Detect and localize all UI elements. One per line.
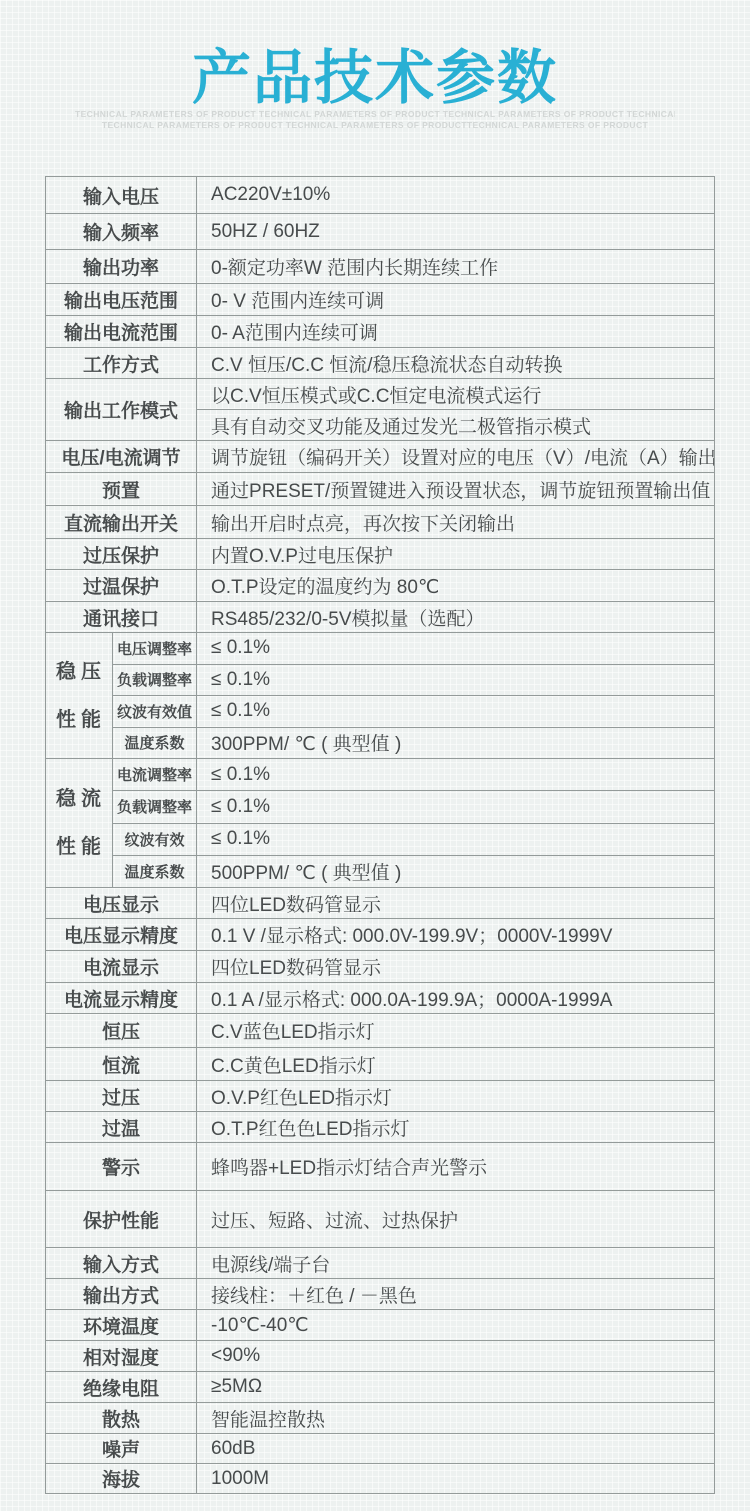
table-row: 恒流C.C黄色LED指示灯 (46, 1048, 715, 1081)
sub-row-label: 负载调整率 (113, 791, 197, 823)
table-row: 相对湿度<90% (46, 1341, 715, 1372)
table-row: 电压显示精度0.1 V /显示格式: 000.0V-199.9V；0000V-1… (46, 919, 715, 951)
table-row: 过温保护O.T.P设定的温度约为 80℃ (46, 570, 715, 602)
row-label: 相对湿度 (46, 1341, 197, 1372)
sub-row-value: ≤ 0.1% (197, 791, 715, 823)
row-label: 输出电压范围 (46, 284, 197, 316)
row-label: 电压显示 (46, 888, 197, 919)
row-label: 恒压 (46, 1014, 197, 1048)
row-value: AC220V±10% (197, 177, 715, 214)
table-row: 温度系数300PPM/ ℃ ( 典型值 ) (46, 727, 715, 759)
row-value: C.V蓝色LED指示灯 (197, 1014, 715, 1048)
table-row: 散热智能温控散热 (46, 1403, 715, 1434)
row-label: 恒流 (46, 1048, 197, 1081)
table-row: 输出电流范围0- A范围内连续可调 (46, 316, 715, 348)
spec-table-body: 输入电压AC220V±10%输入频率50HZ / 60HZ输出功率0-额定功率W… (46, 177, 715, 1494)
table-row: 输入方式电源线/端子台 (46, 1248, 715, 1279)
spec-table: 输入电压AC220V±10%输入频率50HZ / 60HZ输出功率0-额定功率W… (45, 176, 715, 1494)
table-row: 环境温度-10℃-40℃ (46, 1310, 715, 1341)
row-value: ≥5MΩ (197, 1372, 715, 1403)
table-row: 过压保护内置O.V.P过电压保护 (46, 539, 715, 570)
group-label: 稳流 性能 (46, 759, 113, 888)
table-row: 恒压C.V蓝色LED指示灯 (46, 1014, 715, 1048)
table-row: 通讯接口RS485/232/0-5V模拟量（选配） (46, 602, 715, 633)
row-label: 输出方式 (46, 1279, 197, 1310)
row-label: 海拔 (46, 1464, 197, 1494)
row-value: O.T.P设定的温度约为 80℃ (197, 570, 715, 602)
row-value: O.V.P红色LED指示灯 (197, 1081, 715, 1112)
sub-row-value: ≤ 0.1% (197, 664, 715, 696)
row-value: 0- V 范围内连续可调 (197, 284, 715, 316)
sub-row-value: 300PPM/ ℃ ( 典型值 ) (197, 727, 715, 759)
row-label: 保护性能 (46, 1191, 197, 1248)
row-value: 通过PRESET/预置键进入预设置状态，调节旋钮预置输出值 (197, 473, 715, 506)
table-row: 警示蜂鸣器+LED指示灯结合声光警示 (46, 1143, 715, 1191)
row-value: 蜂鸣器+LED指示灯结合声光警示 (197, 1143, 715, 1191)
table-row: 绝缘电阻≥5MΩ (46, 1372, 715, 1403)
row-value: 四位LED数码管显示 (197, 888, 715, 919)
table-row: 电压/电流调节调节旋钮（编码开关）设置对应的电压（V）/电流（A）输出值 (46, 441, 715, 473)
row-label: 过压保护 (46, 539, 197, 570)
group-label: 稳压 性能 (46, 633, 113, 759)
row-value: 过压、短路、过流、过热保护 (197, 1191, 715, 1248)
row-value: C.V 恒压/C.C 恒流/稳压稳流状态自动转换 (197, 348, 715, 379)
sub-row-value: ≤ 0.1% (197, 823, 715, 855)
row-value: 0.1 A /显示格式: 000.0A-199.9A；0000A-1999A (197, 983, 715, 1014)
page: { "page": { "title": "产品技术参数", "subtitle… (0, 0, 750, 1511)
row-label: 直流输出开关 (46, 506, 197, 539)
row-value: 具有自动交叉功能及通过发光二极管指示模式 (197, 410, 715, 441)
row-label: 电压/电流调节 (46, 441, 197, 473)
row-value: C.C黄色LED指示灯 (197, 1048, 715, 1081)
row-value: 60dB (197, 1434, 715, 1464)
row-value: 四位LED数码管显示 (197, 951, 715, 983)
row-label: 输入方式 (46, 1248, 197, 1279)
row-label: 通讯接口 (46, 602, 197, 633)
sub-row-label: 电流调整率 (113, 759, 197, 791)
sub-row-label: 温度系数 (113, 727, 197, 759)
table-row: 输入频率50HZ / 60HZ (46, 214, 715, 250)
row-value: 内置O.V.P过电压保护 (197, 539, 715, 570)
row-value: 0- A范围内连续可调 (197, 316, 715, 348)
table-row: 海拔1000M (46, 1464, 715, 1494)
table-row: 预置通过PRESET/预置键进入预设置状态，调节旋钮预置输出值 (46, 473, 715, 506)
page-title: 产品技术参数 (0, 30, 750, 115)
sub-row-label: 负载调整率 (113, 664, 197, 696)
row-value: 接线柱：＋红色 / －黑色 (197, 1279, 715, 1310)
row-label: 输出功率 (46, 250, 197, 284)
page-subtitle: TECHNICAL PARAMETERS OF PRODUCT TECHNICA… (75, 109, 675, 131)
row-label: 电流显示精度 (46, 983, 197, 1014)
sub-row-value: ≤ 0.1% (197, 633, 715, 665)
row-label: 输出工作模式 (46, 379, 197, 441)
row-label: 输入电压 (46, 177, 197, 214)
row-value: 调节旋钮（编码开关）设置对应的电压（V）/电流（A）输出值 (197, 441, 715, 473)
sub-row-value: ≤ 0.1% (197, 696, 715, 728)
table-row: 工作方式C.V 恒压/C.C 恒流/稳压稳流状态自动转换 (46, 348, 715, 379)
row-label: 电流显示 (46, 951, 197, 983)
row-value: 以C.V恒压模式或C.C恒定电流模式运行 (197, 379, 715, 410)
row-label: 过温 (46, 1112, 197, 1143)
row-value: 50HZ / 60HZ (197, 214, 715, 250)
table-row: 保护性能过压、短路、过流、过热保护 (46, 1191, 715, 1248)
row-value: 1000M (197, 1464, 715, 1494)
subtitle-line-2: TECHNICAL PARAMETERS OF PRODUCT TECHNICA… (75, 120, 675, 131)
row-label: 散热 (46, 1403, 197, 1434)
sub-row-value: 500PPM/ ℃ ( 典型值 ) (197, 855, 715, 887)
row-value: O.T.P红色色LED指示灯 (197, 1112, 715, 1143)
table-row: 直流输出开关输出开启时点亮，再次按下关闭输出 (46, 506, 715, 539)
row-label: 输入频率 (46, 214, 197, 250)
table-row: 稳压 性能电压调整率≤ 0.1% (46, 633, 715, 665)
sub-row-label: 电压调整率 (113, 633, 197, 665)
table-row: 输出方式接线柱：＋红色 / －黑色 (46, 1279, 715, 1310)
row-label: 输出电流范围 (46, 316, 197, 348)
row-label: 环境温度 (46, 1310, 197, 1341)
table-row: 负载调整率≤ 0.1% (46, 664, 715, 696)
table-row: 过压O.V.P红色LED指示灯 (46, 1081, 715, 1112)
row-value: 0.1 V /显示格式: 000.0V-199.9V；0000V-1999V (197, 919, 715, 951)
table-row: 纹波有效≤ 0.1% (46, 823, 715, 855)
table-row: 输入电压AC220V±10% (46, 177, 715, 214)
row-label: 过压 (46, 1081, 197, 1112)
row-value: -10℃-40℃ (197, 1310, 715, 1341)
row-value: <90% (197, 1341, 715, 1372)
row-label: 噪声 (46, 1434, 197, 1464)
row-label: 电压显示精度 (46, 919, 197, 951)
row-label: 警示 (46, 1143, 197, 1191)
table-row: 输出电压范围0- V 范围内连续可调 (46, 284, 715, 316)
table-row: 输出功率0-额定功率W 范围内长期连续工作 (46, 250, 715, 284)
table-row: 电压显示四位LED数码管显示 (46, 888, 715, 919)
row-label: 过温保护 (46, 570, 197, 602)
row-label: 工作方式 (46, 348, 197, 379)
sub-row-label: 纹波有效 (113, 823, 197, 855)
sub-row-label: 温度系数 (113, 855, 197, 887)
table-row: 纹波有效值≤ 0.1% (46, 696, 715, 728)
table-row: 电流显示精度0.1 A /显示格式: 000.0A-199.9A；0000A-1… (46, 983, 715, 1014)
subtitle-line-1: TECHNICAL PARAMETERS OF PRODUCT TECHNICA… (75, 109, 675, 120)
row-value: 电源线/端子台 (197, 1248, 715, 1279)
sub-row-value: ≤ 0.1% (197, 759, 715, 791)
row-value: 智能温控散热 (197, 1403, 715, 1434)
table-row: 输出工作模式以C.V恒压模式或C.C恒定电流模式运行 (46, 379, 715, 410)
table-row: 负载调整率≤ 0.1% (46, 791, 715, 823)
table-row: 过温O.T.P红色色LED指示灯 (46, 1112, 715, 1143)
table-row: 噪声60dB (46, 1434, 715, 1464)
row-value: 0-额定功率W 范围内长期连续工作 (197, 250, 715, 284)
row-label: 绝缘电阻 (46, 1372, 197, 1403)
table-row: 温度系数500PPM/ ℃ ( 典型值 ) (46, 855, 715, 887)
table-row: 电流显示四位LED数码管显示 (46, 951, 715, 983)
row-value: RS485/232/0-5V模拟量（选配） (197, 602, 715, 633)
sub-row-label: 纹波有效值 (113, 696, 197, 728)
row-value: 输出开启时点亮，再次按下关闭输出 (197, 506, 715, 539)
row-label: 预置 (46, 473, 197, 506)
table-row: 稳流 性能电流调整率≤ 0.1% (46, 759, 715, 791)
